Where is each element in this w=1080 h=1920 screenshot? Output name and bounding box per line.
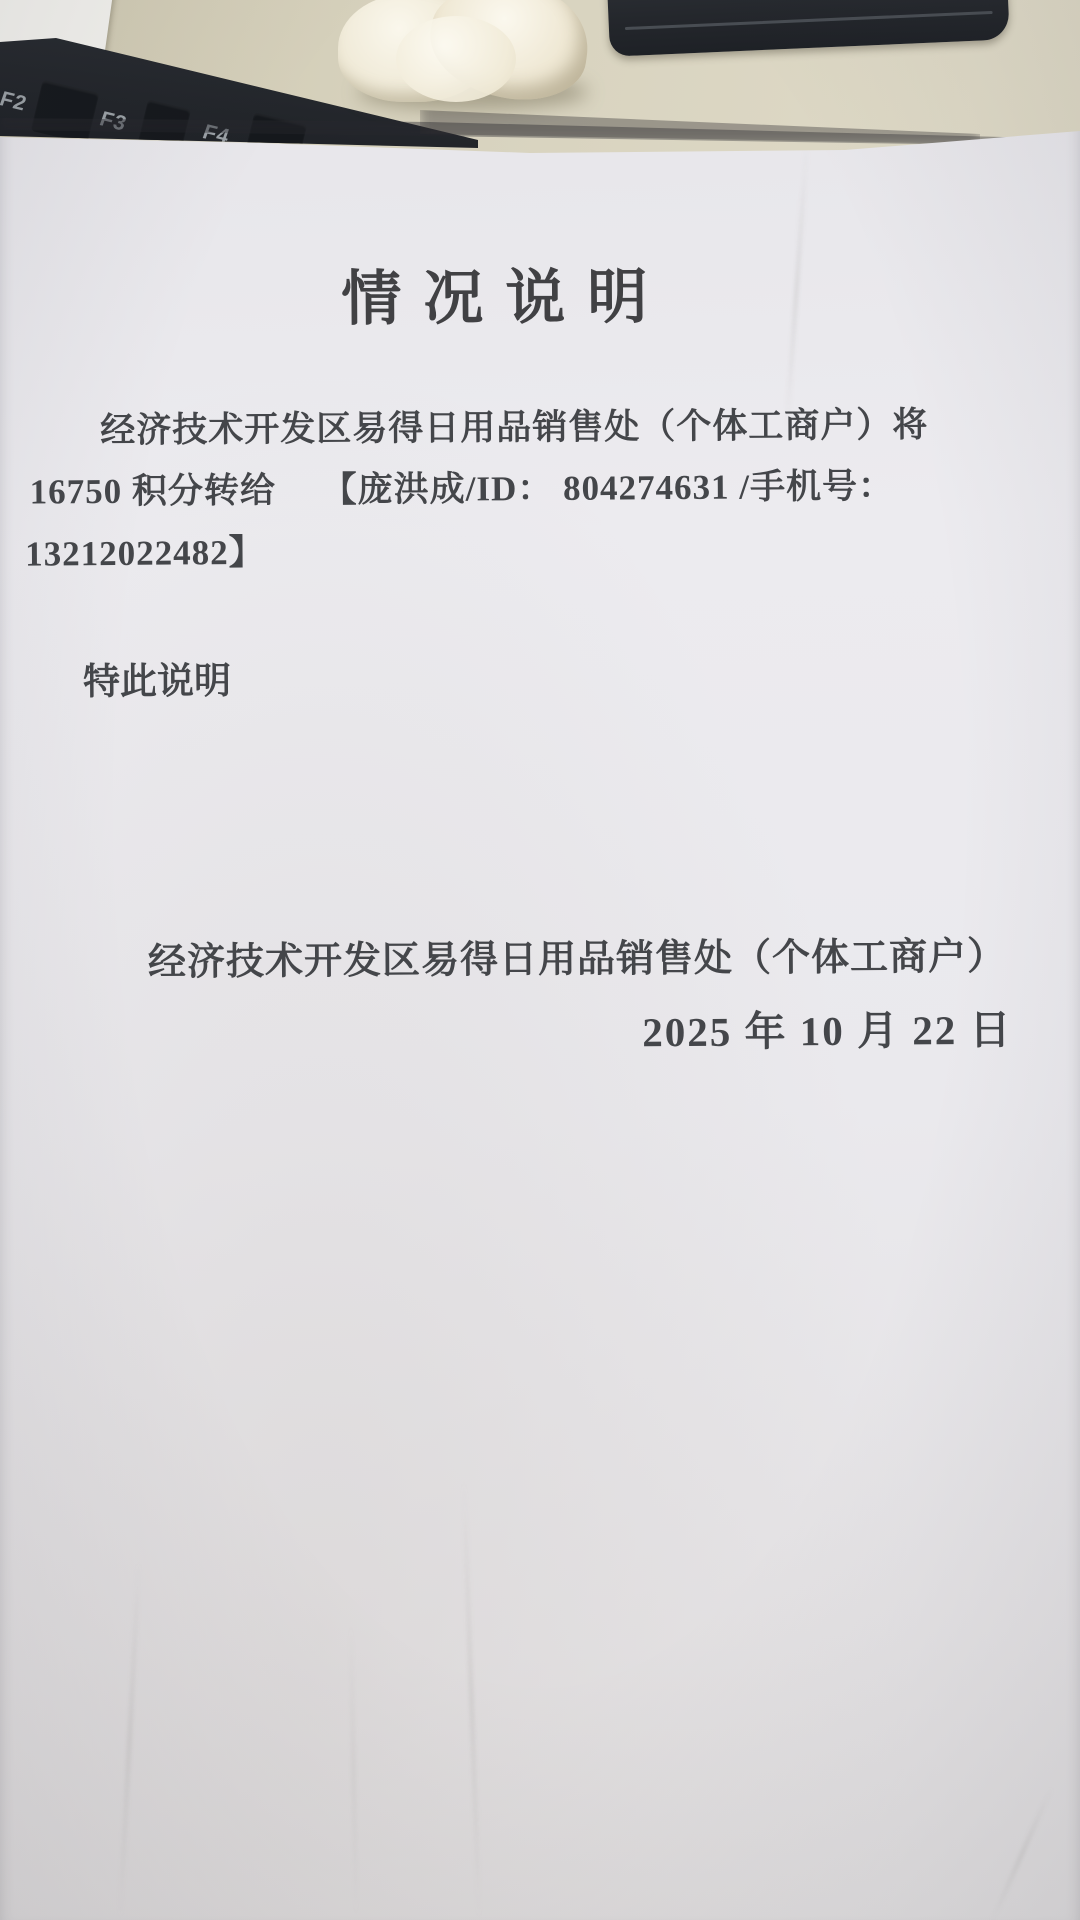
keyboard-key bbox=[31, 80, 100, 144]
black-device-edge bbox=[606, 0, 1010, 57]
crumpled-tissue bbox=[338, 0, 594, 116]
document-content: 情况说明 经济技术开发区易得日用品销售处（个体工商户）将 16750 积分转给 … bbox=[0, 0, 1080, 1920]
document-paper: 情况说明 经济技术开发区易得日用品销售处（个体工商户）将 16750 积分转给 … bbox=[0, 0, 1080, 1920]
desk-photo: F2 F3 F4 情况说明 经济技术开发区易得日用品销售处（个体工商户）将 16… bbox=[0, 0, 1080, 1920]
paragraph-line: 经济技术开发区易得日用品销售处（个体工商户）将 bbox=[100, 397, 928, 453]
paragraph-line: 16750 积分转给 【庞洪成/ID： 804274631 /手机号： bbox=[30, 459, 895, 515]
keyboard-key-label-f2: F2 bbox=[0, 88, 30, 117]
closing-statement: 特此说明 bbox=[83, 650, 231, 705]
tissue-fold bbox=[396, 16, 516, 102]
paragraph-line: 13212022482】 bbox=[25, 525, 265, 577]
device-seam bbox=[625, 11, 993, 30]
date-line: 2025 年 10 月 22 日 bbox=[560, 997, 1012, 1059]
signature-line: 经济技术开发区易得日用品销售处（个体工商户） bbox=[148, 925, 1006, 986]
document-title: 情况说明 bbox=[0, 247, 1016, 340]
